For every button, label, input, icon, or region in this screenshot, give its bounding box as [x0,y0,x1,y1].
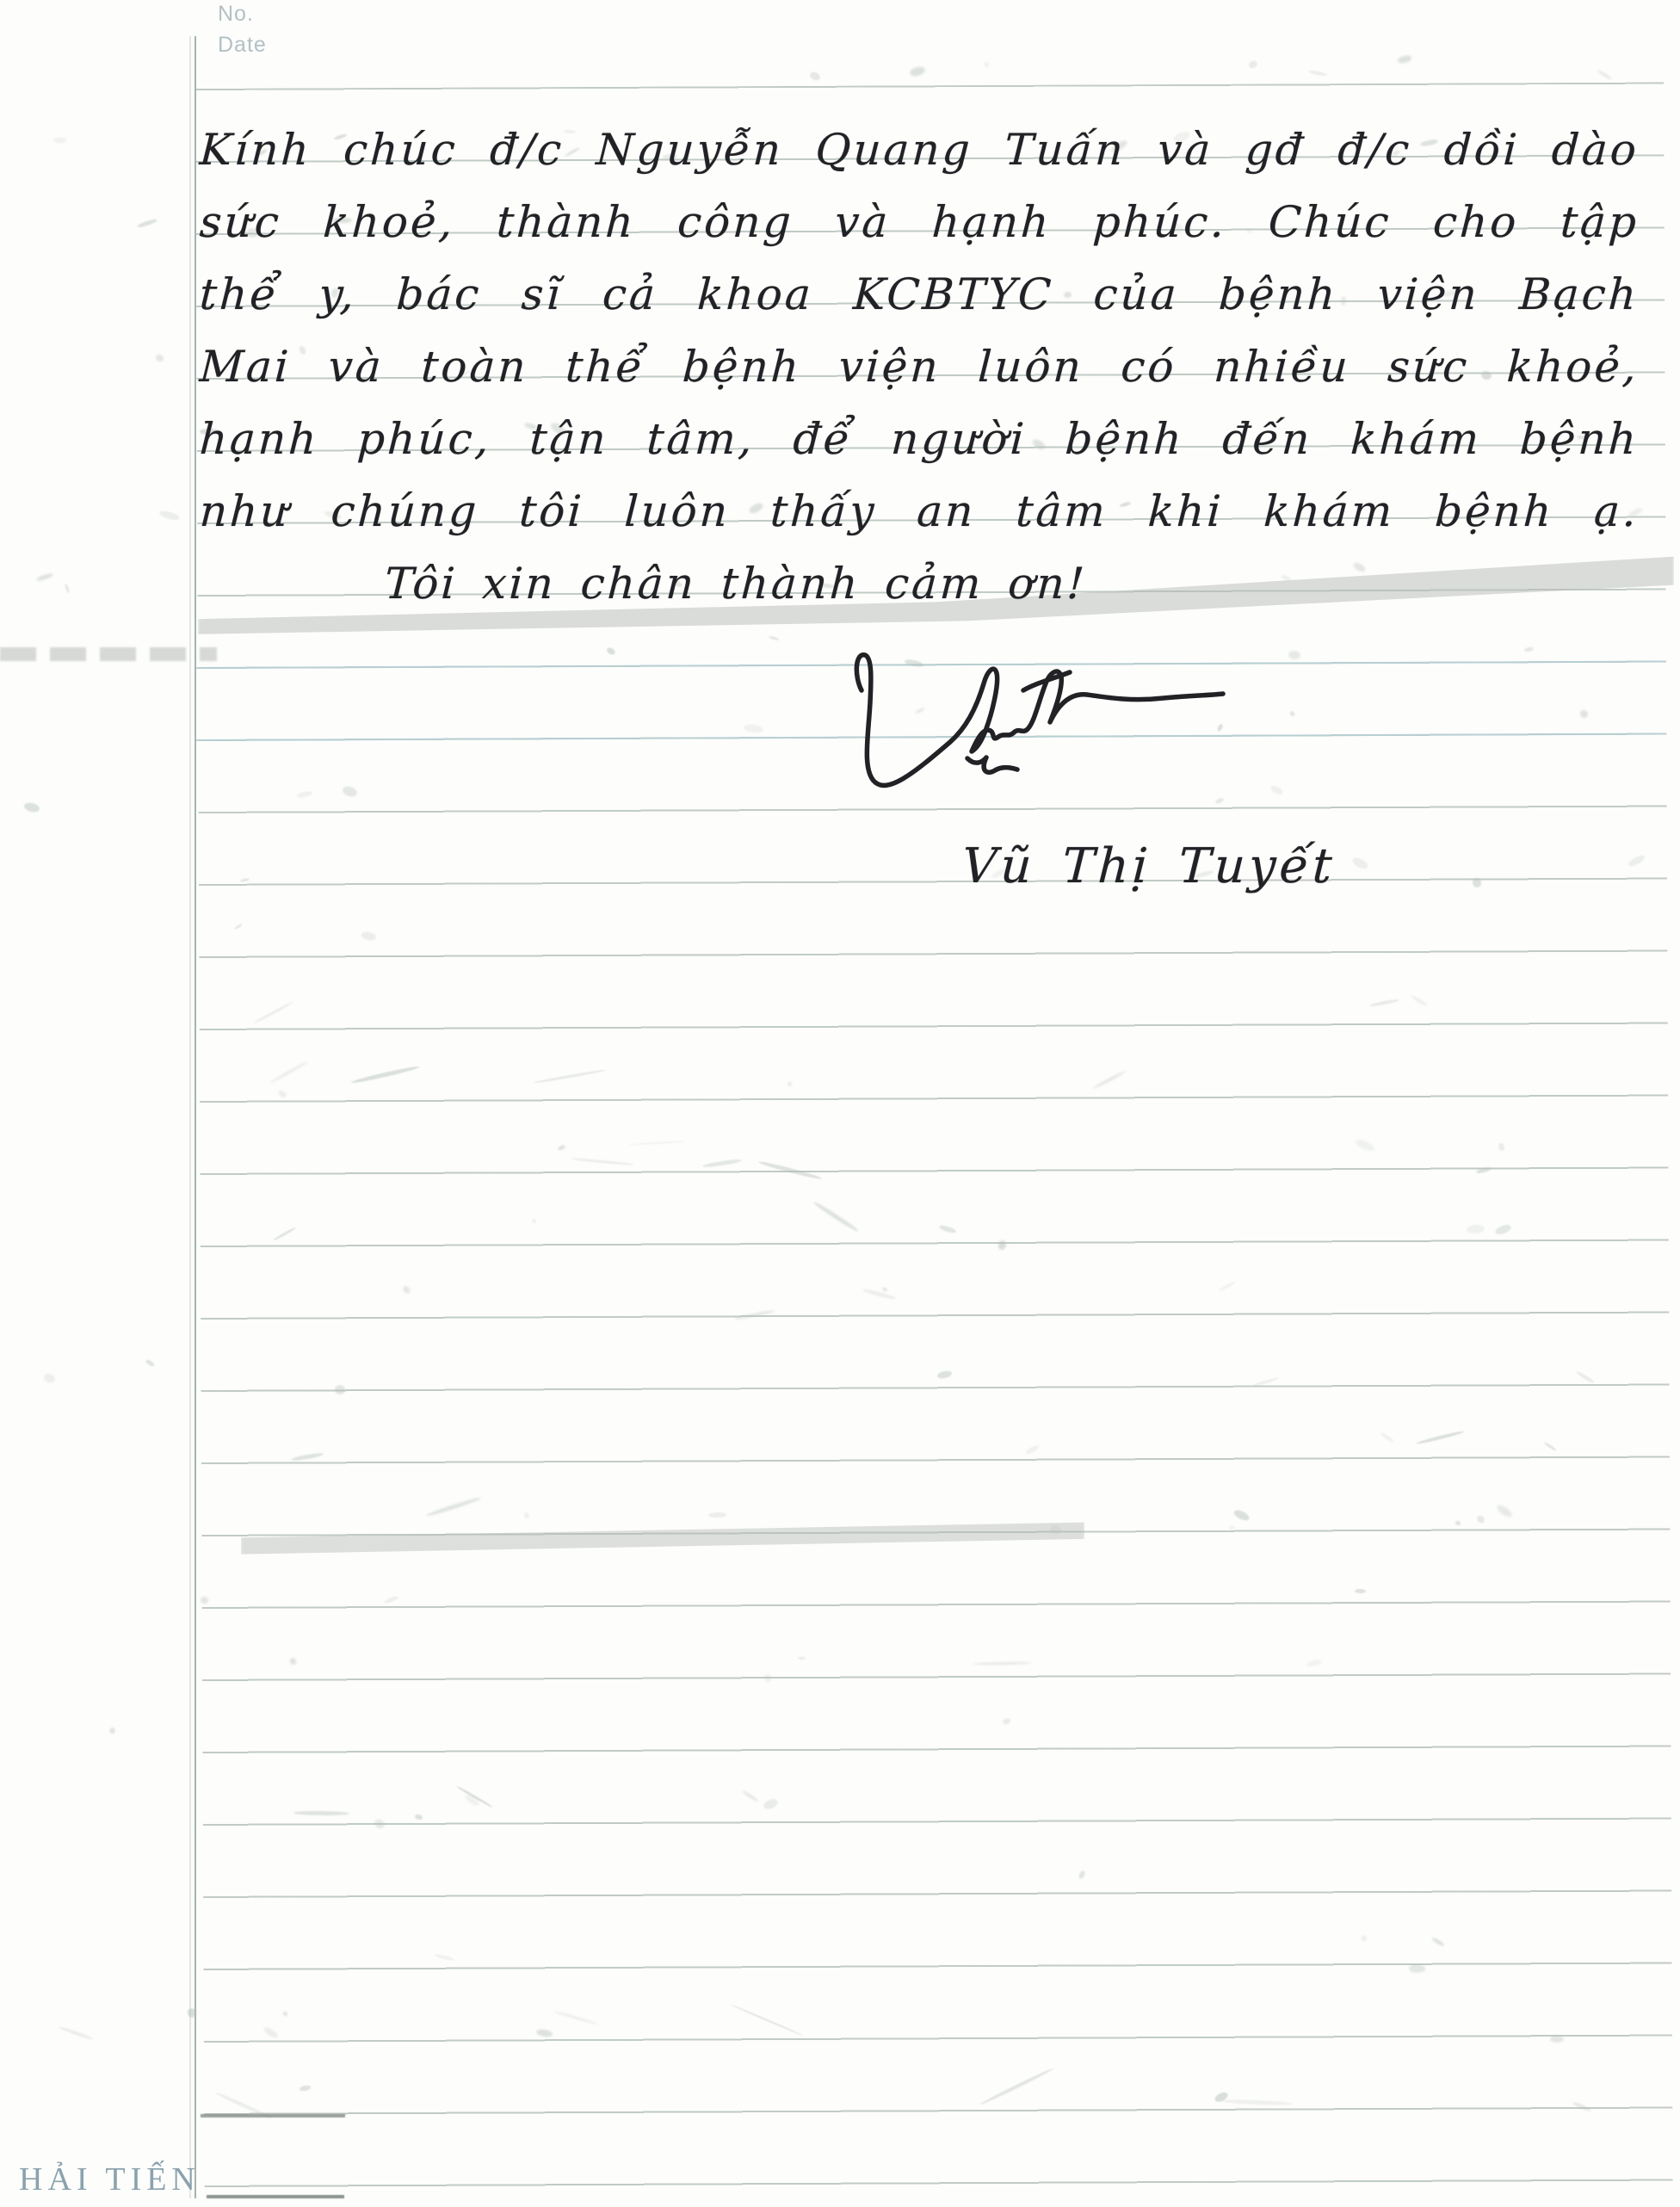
letter-closing-line: Tôi xin chân thành cảm ơn! [383,547,1089,620]
scanned-letter-page: No. Date Kính chúc đ/c Nguyễn Quang Tuấn… [0,0,1680,2207]
bleed-through-smudge [0,647,217,661]
no-label: No. [218,2,254,27]
bleed-through-mark [145,1359,154,1367]
bleed-through-dash [207,2195,344,2198]
brand-watermark: HẢI TIẾN [19,2161,201,2198]
bleed-through-mark [59,2026,94,2041]
bleed-through-mark [52,138,65,143]
bleed-through-mark [23,802,40,813]
bleed-through-mark [809,71,821,81]
bleed-through-mark [35,572,52,582]
bleed-through-mark [1247,59,1257,70]
bleed-through-mark [1597,69,1612,80]
letter-line: Kính chúc đ/c Nguyễn Quang Tuấn và gđ đ/… [198,114,1640,186]
letter-line: như chúng tôi luôn thấy an tâm khi khám … [198,475,1640,547]
bleed-through-mark [1308,70,1328,77]
letter-line: thể y, bác sĩ cả khoa KCBTYC của bệnh vi… [198,258,1640,331]
signer-name: Vũ Thị Tuyết [960,837,1337,897]
letter-line: Mai và toàn thể bệnh viện luôn có nhiều … [198,331,1640,403]
date-label: Date [218,33,267,58]
signature-stroke [848,644,1244,794]
bleed-through-mark [43,1373,55,1383]
bleed-through-mark [909,65,926,78]
bleed-through-mark [1398,53,1412,64]
bleed-through-mark [158,510,180,522]
letter-line: sức khoẻ, thành công và hạnh phúc. Chúc … [198,186,1640,258]
bleed-through-mark [108,1727,116,1734]
bleed-through-mark [64,583,70,592]
letter-line: hạnh phúc, tận tâm, để người bệnh đến kh… [198,403,1640,475]
bleed-through-mark [985,62,990,67]
bleed-through-mark [155,355,164,363]
margin-line [195,36,196,2198]
bleed-through-mark [137,218,157,228]
